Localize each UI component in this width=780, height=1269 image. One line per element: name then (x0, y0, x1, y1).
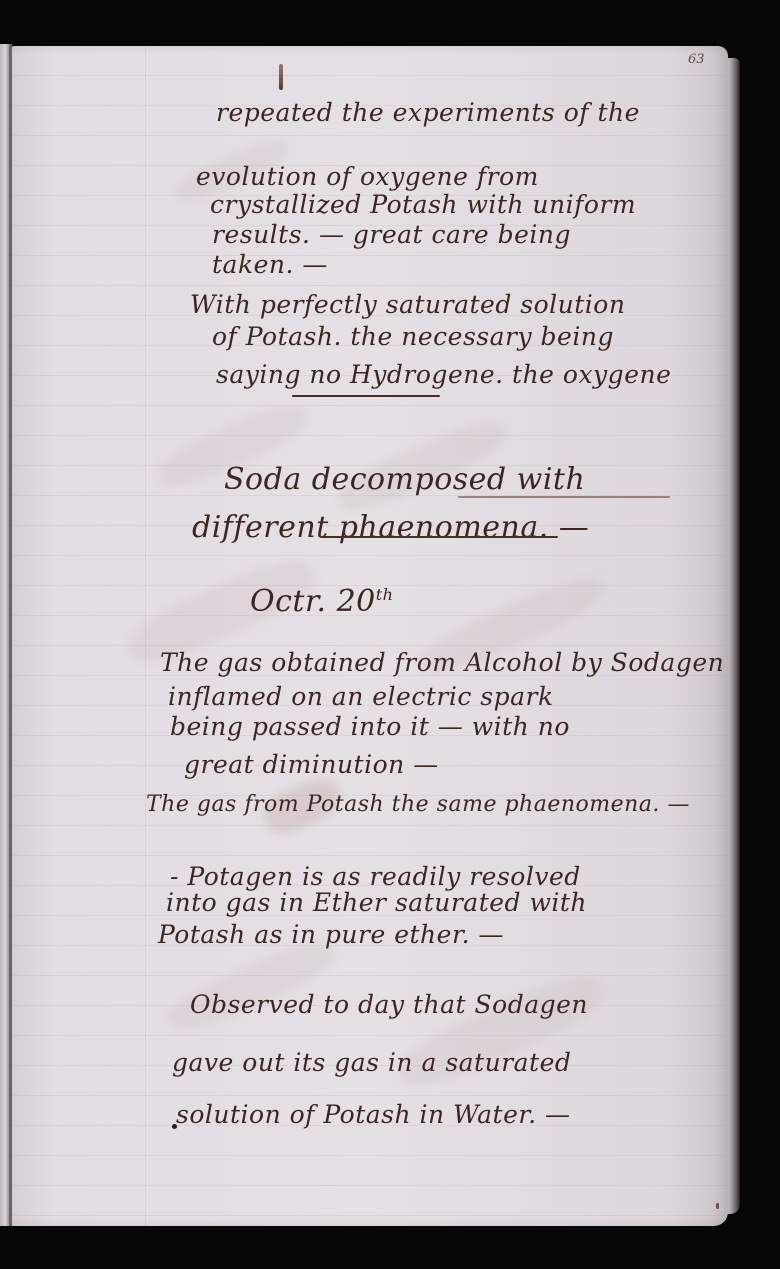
heading-rule (458, 496, 670, 498)
entry-5-line-3: solution of Potash in Water. — (176, 1100, 570, 1129)
entry-1-line-2: evolution of oxygene from (196, 162, 539, 191)
heading-line-1: Soda decomposed with (224, 462, 585, 497)
facing-page-edge (0, 44, 9, 1226)
page-number: 63 (688, 52, 705, 67)
entry-2-line-1: With perfectly saturated solution (190, 290, 625, 319)
entry-2-line-2: of Potash. the necessary being (212, 322, 614, 351)
entry-1-line-1: repeated the experiments of the (216, 98, 640, 127)
entry-5-line-1: Observed to day that Sodagen (190, 990, 588, 1019)
heading-line-2: different phaenomena. — (192, 510, 589, 545)
entry-3-line-1: The gas obtained from Alcohol by Sodagen (160, 648, 724, 677)
entry-1-line-3: crystallized Potash with uniform (210, 190, 636, 219)
show-through-stain (391, 963, 612, 1098)
entry-4-line-2: into gas in Ether saturated with (166, 888, 587, 917)
entry-4-line-1: - Potagen is as readily resolved (170, 862, 581, 891)
entry-3-line-2: inflamed on an electric spark (168, 682, 554, 711)
underline-phaenomena (320, 536, 558, 538)
ink-dot (172, 1124, 177, 1129)
corner-stain (716, 1203, 719, 1209)
page-stack-edge (726, 58, 740, 1214)
scan-viewer: 63 repeated the experiments of the evolu… (0, 0, 780, 1269)
entry-3-line-5: The gas from Potash the same phaenomena.… (146, 792, 690, 817)
date-line: Octr. 20th (250, 584, 393, 619)
entry-4-line-3: Potash as in pure ether. — (158, 920, 504, 949)
ink-blot (279, 64, 283, 90)
entry-3-line-3: being passed into it — with no (170, 712, 570, 741)
date-superscript: th (376, 585, 394, 604)
entry-3-line-4: great diminution — (184, 750, 439, 779)
entry-1-line-4: results. — great care being (212, 220, 571, 249)
underline-hydrogene (292, 395, 440, 397)
entry-1-line-5: taken. — (212, 250, 328, 279)
entry-5-line-2: gave out its gas in a saturated (172, 1048, 571, 1077)
entry-2-line-3: saying no Hydrogene. the oxygene (216, 360, 671, 389)
date-text: Octr. 20 (250, 584, 376, 619)
